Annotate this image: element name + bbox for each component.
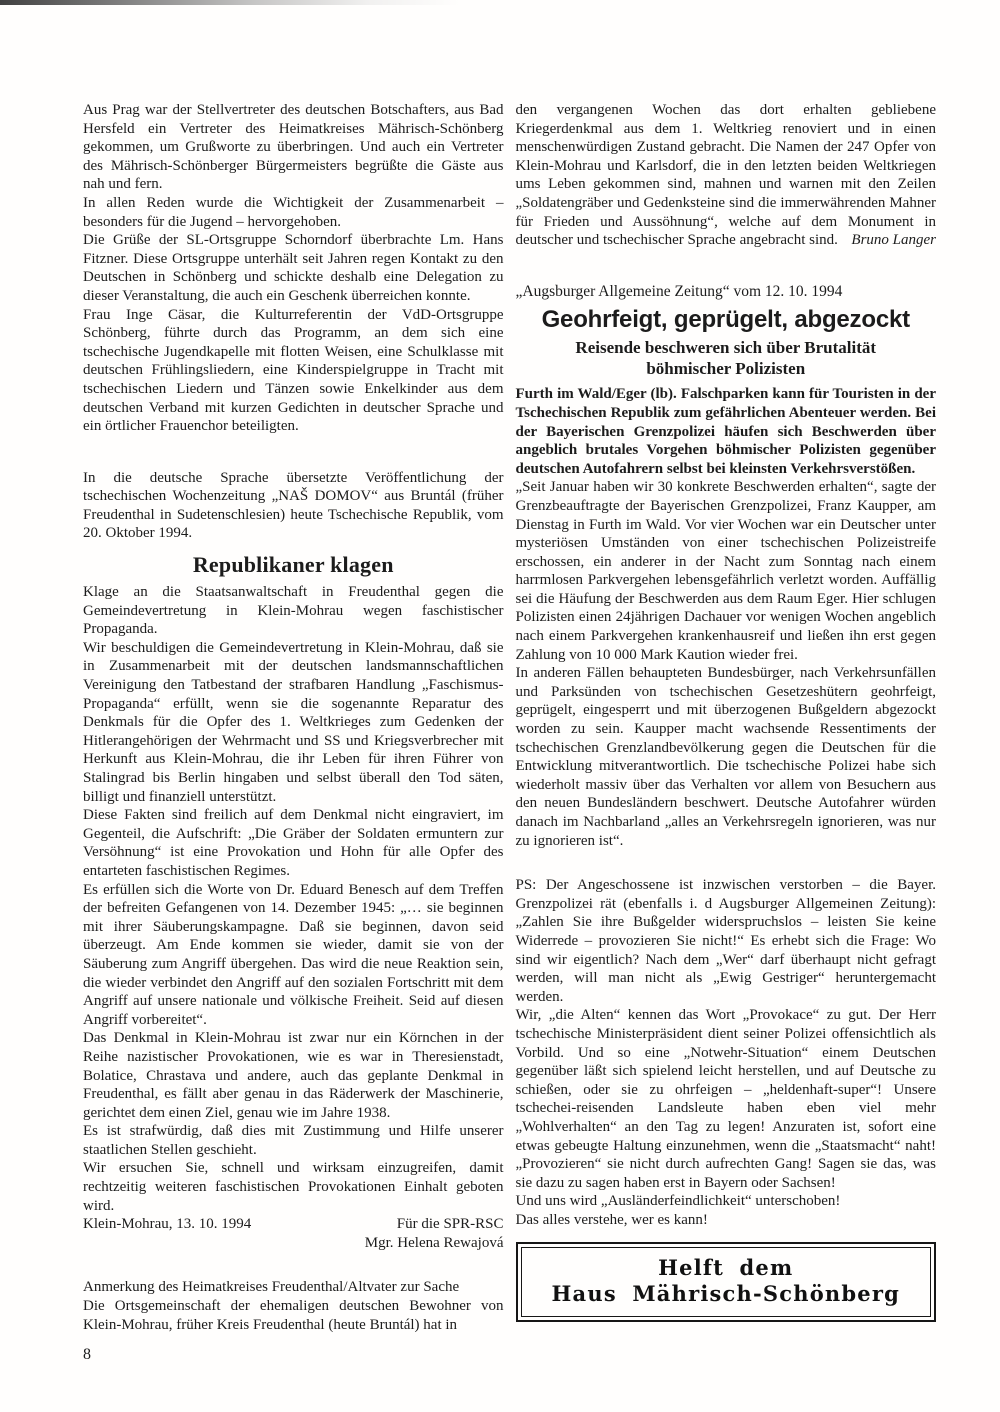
signature-name: Mgr. Helena Rewajová bbox=[83, 1234, 504, 1253]
paragraph: In die deutsche Sprache übersetzte Veröf… bbox=[83, 469, 504, 543]
left-column: Aus Prag war der Stellvertreter des deut… bbox=[83, 101, 504, 1364]
article-heading-republikaner-klagen: Republikaner klagen bbox=[83, 552, 504, 578]
source-citation: „Augsburger Allgemeine Zeitung“ vom 12. … bbox=[516, 283, 937, 302]
article-headline: Geohrfeigt, geprügelt, abgezockt bbox=[516, 306, 937, 334]
paragraph: Es ist strafwürdig, daß dies mit Zustimm… bbox=[83, 1122, 504, 1159]
subhead-line: Reisende beschweren sich über Brutalität bbox=[516, 337, 937, 358]
paragraph: Wir, „die Alten“ kennen das Wort „Provok… bbox=[516, 1006, 937, 1192]
paragraph: Das Denkmal in Klein-Mohrau ist zwar nur… bbox=[83, 1029, 504, 1122]
paragraph-text: den vergangenen Wochen das dort erhalten… bbox=[516, 102, 937, 248]
paragraph: Diese Fakten sind freilich auf dem Denkm… bbox=[83, 806, 504, 880]
note-title-line: Anmerkung des Heimatkreises Freudenthal/… bbox=[83, 1278, 504, 1297]
signature-place-date: Klein-Mohrau, 13. 10. 1994 bbox=[83, 1215, 251, 1234]
signature-row: Klein-Mohrau, 13. 10. 1994 Für die SPR-R… bbox=[83, 1215, 504, 1234]
paragraph: Wir ersuchen Sie, schnell und wirksam ei… bbox=[83, 1159, 504, 1215]
paragraph: Und uns wird „Ausländerfeindlichkeit“ un… bbox=[516, 1192, 937, 1211]
paragraph: Frau Inge Cäsar, die Kulturreferentin de… bbox=[83, 306, 504, 436]
paragraph: Es erfüllen sich die Worte von Dr. Eduar… bbox=[83, 881, 504, 1030]
two-column-layout: Aus Prag war der Stellvertreter des deut… bbox=[83, 101, 936, 1364]
paragraph: In anderen Fällen behaupteten Bundesbürg… bbox=[516, 664, 937, 850]
note-block: Anmerkung des Heimatkreises Freudenthal/… bbox=[83, 1278, 504, 1334]
page-number: 8 bbox=[83, 1346, 504, 1364]
ps-paragraph: PS: Der Angeschossene ist inzwischen ver… bbox=[516, 876, 937, 1006]
paragraph: In allen Reden wurde die Wichtigkeit der… bbox=[83, 194, 504, 231]
paragraph: Aus Prag war der Stellvertreter des deut… bbox=[83, 101, 504, 194]
article-subhead: Reisende beschweren sich über Brutalität… bbox=[516, 337, 937, 379]
paragraph: den vergangenen Wochen das dort erhalten… bbox=[516, 101, 937, 250]
notice-line: Haus Mährisch-Schönberg bbox=[530, 1281, 923, 1307]
paragraph: Die Grüße der SL-Ortsgruppe Schorndorf ü… bbox=[83, 231, 504, 305]
paragraph: Das alles verstehe, wer es kann! bbox=[516, 1211, 937, 1230]
lead-paragraph: Furth im Wald/Eger (lb). Falschparken ka… bbox=[516, 385, 937, 478]
notice-box: Helft dem Haus Mährisch-Schönberg bbox=[516, 1242, 937, 1322]
scan-edge-artifact bbox=[0, 0, 460, 5]
subhead-line: böhmischer Polizisten bbox=[516, 358, 937, 379]
notice-line: Helft dem bbox=[530, 1255, 923, 1281]
note-body: Die Ortsgemeinschaft der ehemaligen deut… bbox=[83, 1297, 504, 1334]
document-page: Aus Prag war der Stellvertreter des deut… bbox=[0, 0, 1000, 1412]
paragraph: „Seit Januar haben wir 30 konkrete Besch… bbox=[516, 478, 937, 664]
paragraph: Klage an die Staatsanwaltschaft in Freud… bbox=[83, 583, 504, 639]
signature-org: Für die SPR-RSC bbox=[397, 1215, 504, 1234]
right-column: den vergangenen Wochen das dort erhalten… bbox=[516, 101, 937, 1364]
paragraph: Wir beschuldigen die Gemeindevertretung … bbox=[83, 639, 504, 806]
notice-box-inner: Helft dem Haus Mährisch-Schönberg bbox=[521, 1247, 932, 1317]
